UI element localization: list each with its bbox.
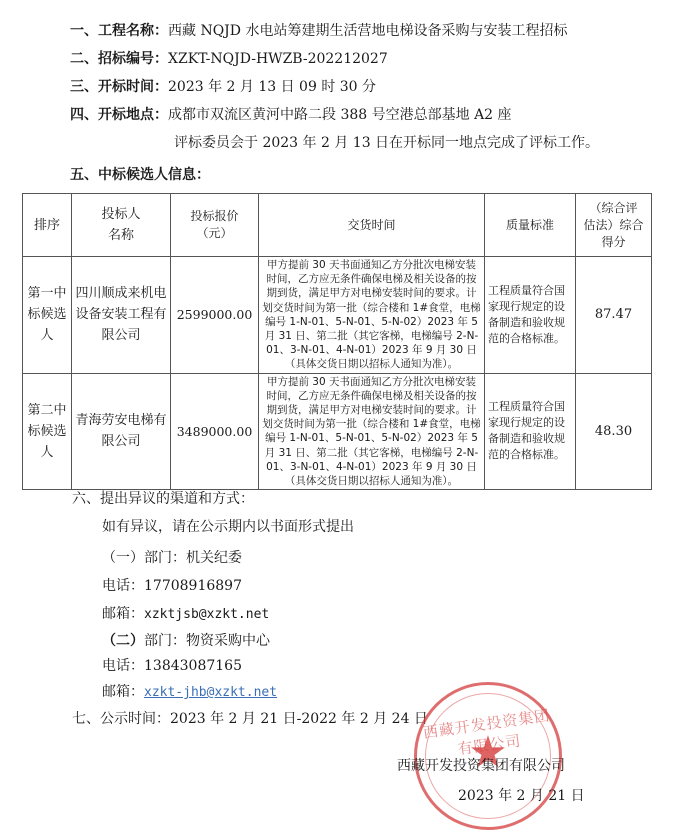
- cell-score: 48.30: [576, 373, 652, 490]
- opening-time-value: 2023 年 2 月 13 日 09 时 30 分: [168, 79, 376, 95]
- header-rank: 排序: [23, 194, 72, 257]
- contact-1-email-row: 邮箱：xzktjsb@xzkt.net: [102, 605, 269, 624]
- signature-date: 2023 年 2 月 21 日: [458, 787, 585, 805]
- opening-location-label: 四、开标地点：: [70, 107, 168, 123]
- contact-2-email-label: 邮箱：: [102, 684, 144, 700]
- company-seal: 西藏开发投资集团有限公司 ★: [414, 682, 562, 830]
- section-objection-title: 六、提出异议的渠道和方式：: [72, 490, 254, 508]
- opening-time-label: 三、开标时间：: [70, 79, 168, 95]
- cell-score: 87.47: [576, 257, 652, 374]
- contact-2-phone: 电话：13843087165: [102, 657, 242, 675]
- cell-bid-price: 2599000.00: [171, 257, 259, 374]
- signature-company: 西藏开发投资集团有限公司: [397, 757, 565, 775]
- objection-intro: 如有异议，请在公示期内以书面形式提出: [102, 518, 354, 536]
- contact-1-email: xzktjsb@xzkt.net: [144, 607, 269, 622]
- contact-2-email-link[interactable]: xzkt-jhb@xzkt.net: [144, 685, 277, 700]
- header-delivery-time: 交货时间: [259, 194, 485, 257]
- table-row: 第二中标候选人 青海劳安电梯有限公司 3489000.00 甲方提前 30 天书…: [23, 373, 652, 490]
- table-header-row: 排序 投标人名称 投标报价（元） 交货时间 质量标准 （综合评估法）综合得分: [23, 194, 652, 257]
- candidates-table: 排序 投标人名称 投标报价（元） 交货时间 质量标准 （综合评估法）综合得分 第…: [22, 193, 652, 490]
- contact-2-dept-row: （二）部门：物资采购中心: [102, 632, 270, 650]
- cell-rank: 第一中标候选人: [23, 257, 72, 374]
- cell-delivery-time: 甲方提前 30 天书面通知乙方分批次电梯安装时间，乙方应无条件确保电梯及相关设备…: [259, 373, 485, 490]
- tender-number-label: 二、招标编号：: [70, 51, 168, 67]
- section-project-name: 一、工程名称：西藏 NQJD 水电站筹建期生活营地电梯设备采购与安装工程招标: [70, 22, 567, 40]
- header-quality-standard: 质量标准: [485, 194, 576, 257]
- contact-2-dept: 部门：物资采购中心: [144, 633, 270, 649]
- header-bidder-name: 投标人名称: [72, 194, 171, 257]
- cell-rank: 第二中标候选人: [23, 373, 72, 490]
- header-score: （综合评估法）综合得分: [576, 194, 652, 257]
- publicity-period-value: 2023 年 2 月 21 日-2022 年 2 月 24 日: [170, 711, 428, 727]
- cell-bidder-name: 青海劳安电梯有限公司: [72, 373, 171, 490]
- contact-1-phone: 电话：17708916897: [102, 577, 242, 595]
- evaluation-note: 评标委员会于 2023 年 2 月 13 日在开标同一地点完成了评标工作。: [174, 134, 599, 152]
- project-name-label: 一、工程名称：: [70, 23, 168, 39]
- project-name-value: 西藏 NQJD 水电站筹建期生活营地电梯设备采购与安装工程招标: [168, 23, 567, 39]
- publicity-period-label: 七、公示时间：: [72, 711, 170, 727]
- contact-1-email-label: 邮箱：: [102, 606, 144, 622]
- section-opening-location: 四、开标地点：成都市双流区黄河中路二段 388 号空港总部基地 A2 座: [70, 106, 512, 124]
- header-bid-price: 投标报价（元）: [171, 194, 259, 257]
- section-tender-number: 二、招标编号：XZKT-NQJD-HWZB-202212027: [70, 50, 388, 68]
- section-publicity-period: 七、公示时间：2023 年 2 月 21 日-2022 年 2 月 24 日: [72, 710, 428, 728]
- section-opening-time: 三、开标时间：2023 年 2 月 13 日 09 时 30 分: [70, 78, 376, 96]
- opening-location-value: 成都市双流区黄河中路二段 388 号空港总部基地 A2 座: [168, 107, 512, 123]
- cell-quality-standard: 工程质量符合国家现行规定的设备制造和验收规范的合格标准。: [485, 373, 576, 490]
- cell-bid-price: 3489000.00: [171, 373, 259, 490]
- cell-quality-standard: 工程质量符合国家现行规定的设备制造和验收规范的合格标准。: [485, 257, 576, 374]
- contact-2-email-row: 邮箱：xzkt-jhb@xzkt.net: [102, 683, 277, 702]
- table-row: 第一中标候选人 四川顺成来机电设备安装工程有限公司 2599000.00 甲方提…: [23, 257, 652, 374]
- tender-number-value: XZKT-NQJD-HWZB-202212027: [168, 51, 388, 67]
- contact-1-dept: （一）部门：机关纪委: [102, 549, 242, 567]
- section-candidates-title: 五、中标候选人信息：: [70, 166, 210, 184]
- contact-2-dept-prefix: （二）: [102, 633, 144, 649]
- cell-delivery-time: 甲方提前 30 天书面通知乙方分批次电梯安装时间，乙方应无条件确保电梯及相关设备…: [259, 257, 485, 374]
- cell-bidder-name: 四川顺成来机电设备安装工程有限公司: [72, 257, 171, 374]
